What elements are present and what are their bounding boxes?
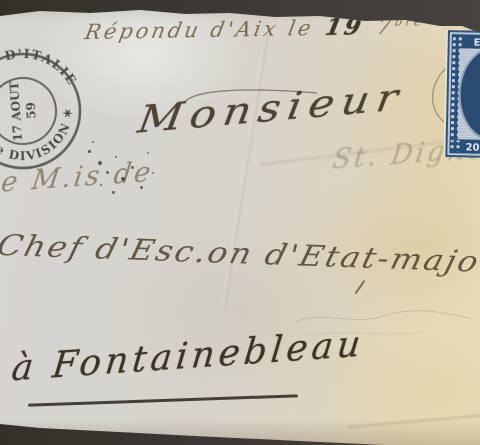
stamp-corner-rosette — [453, 35, 463, 46]
postmark-date: 17 AOUT 59 — [7, 80, 40, 142]
stamp-corner-rosette — [450, 140, 460, 151]
annotation-line: Répondu d'Aix le197bre — [83, 12, 426, 45]
postage-stamp: E 20 — [443, 30, 480, 158]
annotation-prefix: Répondu d'Aix le — [83, 16, 316, 44]
annotation-month-suffix: bre — [393, 14, 425, 29]
stamp-top-letter: E — [474, 38, 480, 49]
ink-speck — [112, 191, 115, 194]
address-title-line: Chef d'Esc.on d'Etat-major — [0, 228, 480, 279]
postmark-date-line1: 17 AOUT — [7, 81, 25, 142]
ink-speck — [88, 150, 91, 153]
city-underline — [28, 394, 298, 406]
ink-speck — [147, 152, 149, 154]
ink-speck — [92, 141, 94, 143]
postmark-date-line2: 59 — [23, 102, 38, 120]
ink-speck — [115, 156, 117, 158]
stamp-denomination: 20 — [465, 142, 479, 153]
annotation-day: 19 — [323, 13, 366, 41]
faint-pencil-marks — [293, 292, 478, 347]
envelope: ARMÉE D'ITALIE ✶ 2e DIVISION ✶ 17 AOUT 5… — [0, 0, 480, 445]
photo-background: ARMÉE D'ITALIE ✶ 2e DIVISION ✶ 17 AOUT 5… — [0, 0, 480, 445]
bottom-crease — [348, 414, 480, 428]
